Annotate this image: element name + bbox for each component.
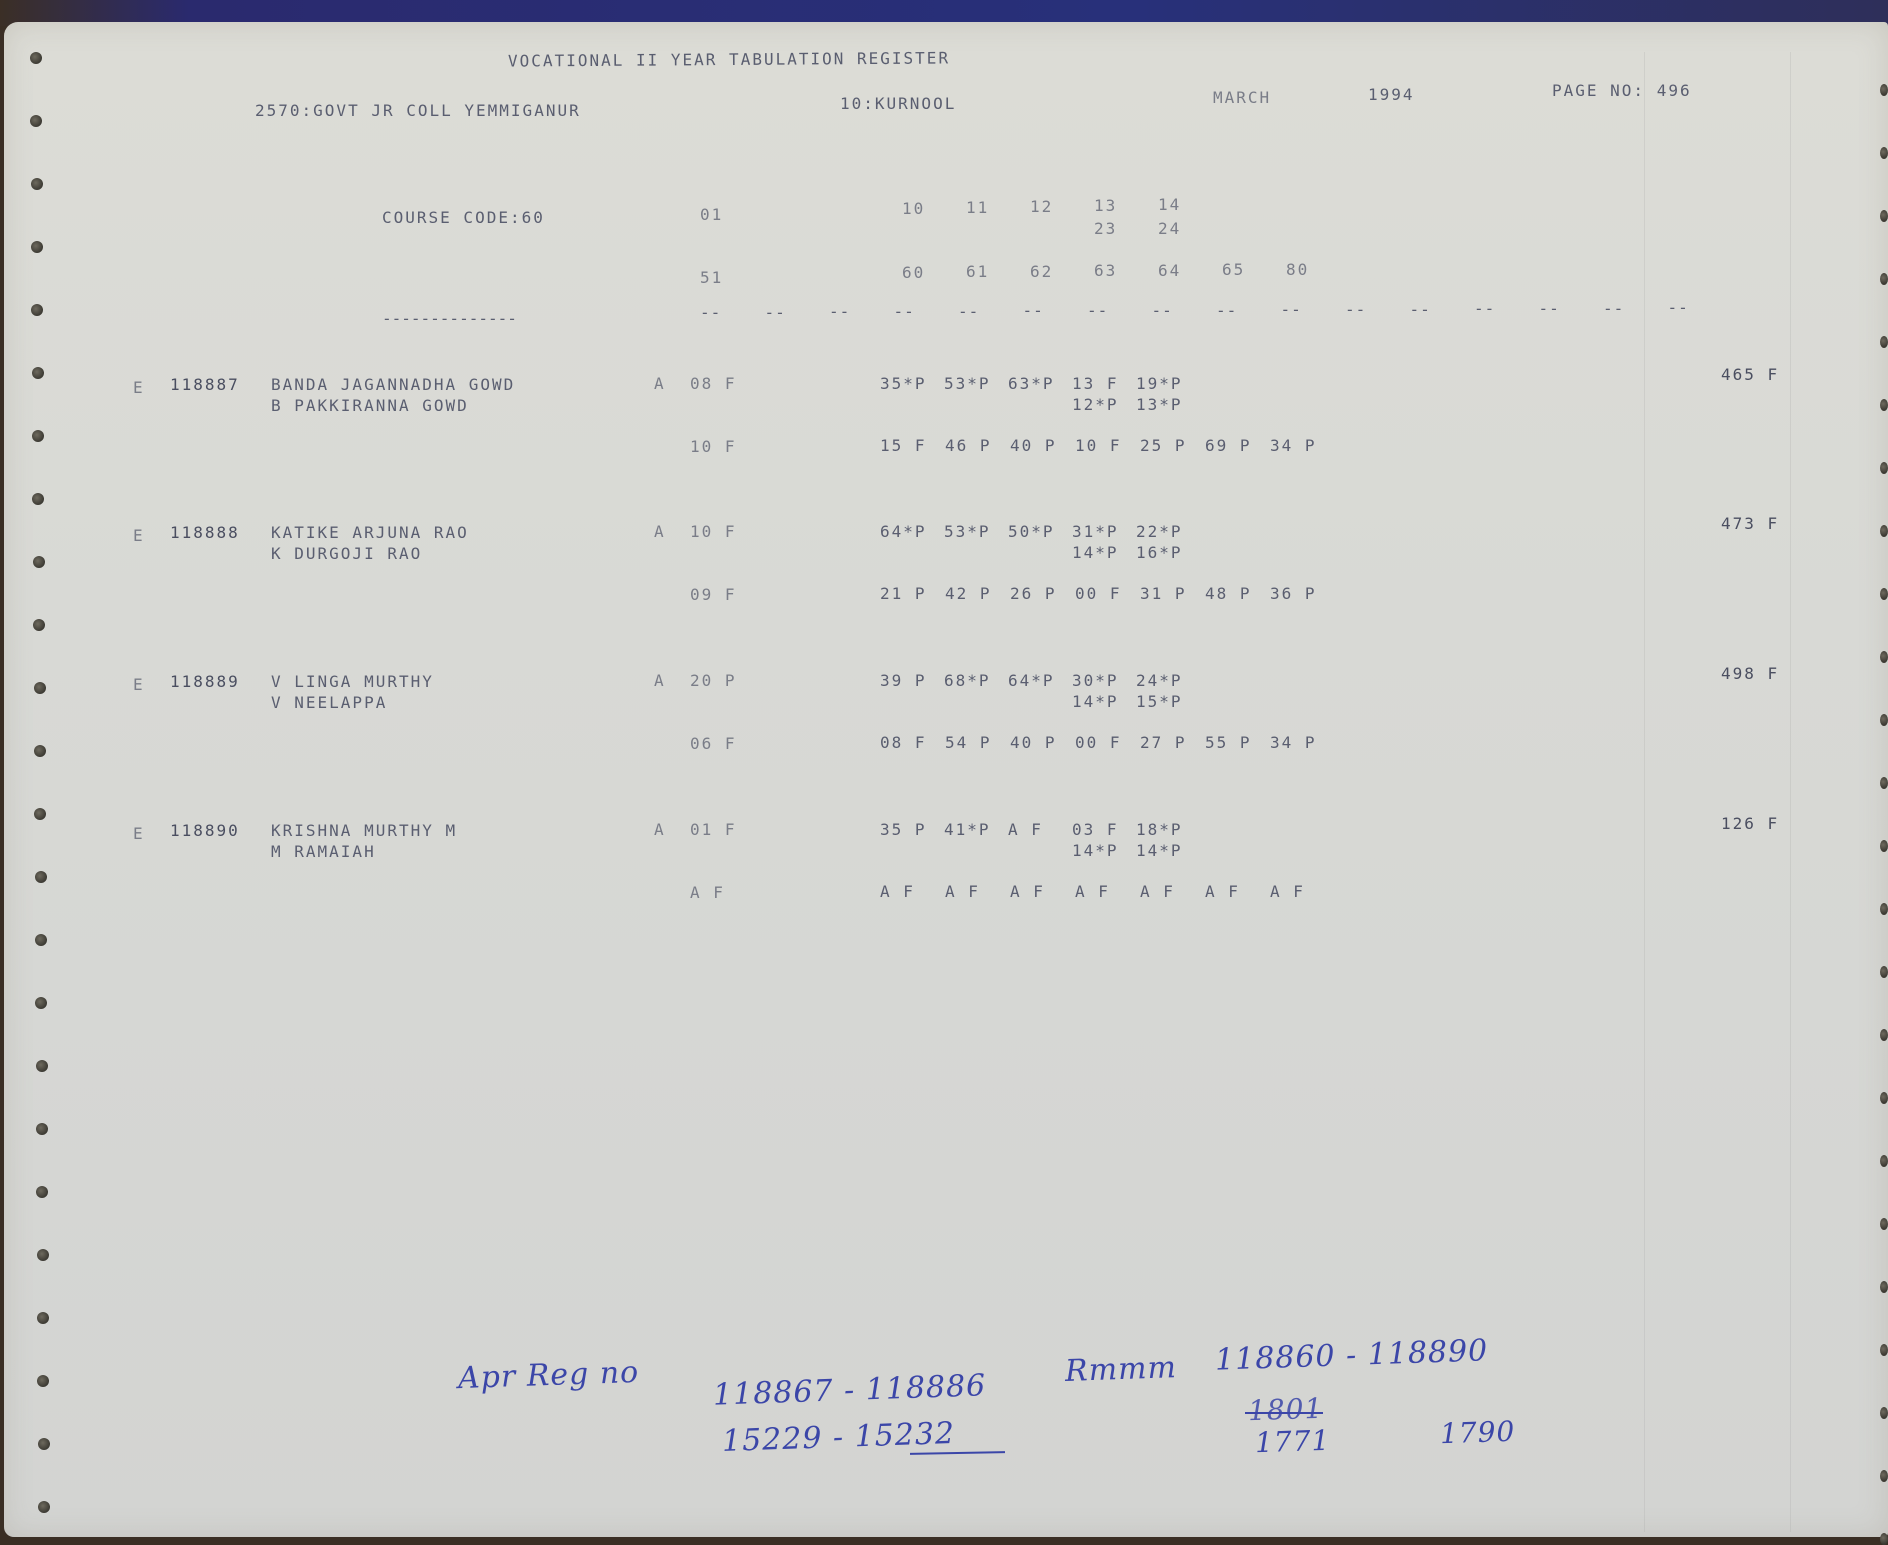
exam-year: 1994 [1368,87,1415,103]
column-separator: -- [1474,299,1495,318]
mark-cell: 64*P [1008,673,1055,689]
binding-hole [34,745,46,757]
binding-hole [1880,273,1888,285]
hall-ticket-number: 118889 [170,674,240,690]
hall-ticket-number: 118888 [170,525,240,541]
binding-hole [1880,903,1888,915]
column-separator: -- [1410,300,1431,319]
total-marks: 473 F [1721,516,1779,532]
header-underline: -------------- [382,311,517,327]
binding-hole [34,682,46,694]
binding-hole [30,52,42,64]
father-name: K DURGOJI RAO [271,546,422,562]
binding-hole [1880,1029,1888,1041]
column-separator: -- [1023,301,1044,320]
mark-cell: A F [1008,822,1043,838]
mark-cell: 30*P [1072,673,1119,689]
binding-hole [1880,525,1888,537]
binding-hole [31,178,43,190]
page-number: PAGE NO: 496 [1552,83,1692,99]
subject-code: 60 [902,265,925,281]
binding-hole [1880,147,1888,159]
subject-code: 10 [902,201,925,217]
binding-hole [1880,1407,1888,1419]
mark-cell: 24*P [1136,673,1183,689]
mark-cell: 27 P [1140,735,1187,751]
subject-code: 62 [1030,264,1053,280]
binding-hole [33,556,45,568]
binding-hole [36,1123,48,1135]
column-separator: -- [700,303,721,322]
mark-cell: 34 P [1270,438,1317,454]
binding-hole [1880,1344,1888,1356]
exam-month: MARCH [1213,90,1271,106]
binding-hole [1880,966,1888,978]
binding-hole [35,871,47,883]
mark-cell: 06 F [690,736,737,752]
binding-hole [1880,399,1888,411]
column-separator: -- [1345,300,1366,319]
subject-code: 80 [1286,262,1309,278]
column-separator: -- [1087,301,1108,320]
mark-cell: 53*P [944,376,991,392]
binding-hole [38,1501,50,1513]
total-marks: 498 F [1721,666,1779,682]
mark-cell: 12*P [1072,397,1119,413]
mark-cell: 39 P [880,673,927,689]
mark-cell: 14*P [1072,843,1119,859]
mark-cell: 13 F [1072,376,1119,392]
mark-cell: 10 F [1075,438,1122,454]
column-separator: -- [829,302,850,321]
binding-hole [1880,840,1888,852]
mark-cell: 08 F [880,735,927,751]
binding-hole [1880,336,1888,348]
binding-hole [37,1375,49,1387]
mark-cell: 26 P [1010,586,1057,602]
father-name: M RAMAIAH [271,844,376,860]
subject-code: 65 [1222,262,1245,278]
medium-code: A [654,822,666,838]
district-name: 10:KURNOOL [840,96,956,112]
mark-cell: 10 F [690,439,737,455]
mark-cell: 55 P [1205,735,1252,751]
column-separator: -- [894,302,915,321]
mark-cell: 53*P [944,524,991,540]
subject-code: 24 [1158,221,1181,237]
hall-ticket-number: 118890 [170,823,240,839]
mark-cell: 00 F [1075,586,1122,602]
binding-hole [37,1312,49,1324]
mark-cell: A F [880,884,915,900]
column-separator: -- [1216,301,1237,320]
binding-hole [34,808,46,820]
binding-hole [1880,1155,1888,1167]
subject-code: 61 [966,264,989,280]
mark-cell: 35 P [880,822,927,838]
margin-rule [1790,52,1791,1532]
column-separator: -- [765,303,786,322]
category-code: E [133,826,145,842]
mark-cell: A F [1205,884,1240,900]
handwritten-label-right: Rmmm [1064,1350,1177,1389]
mark-cell: 03 F [1072,822,1119,838]
mark-cell: 42 P [945,586,992,602]
binding-hole [1880,1533,1888,1545]
mark-cell: 19*P [1136,376,1183,392]
binding-hole [1880,777,1888,789]
binding-hole [1880,210,1888,222]
mark-cell: 10 F [690,524,737,540]
mark-cell: 25 P [1140,438,1187,454]
binding-hole [1880,714,1888,726]
mark-cell: A F [1075,884,1110,900]
mark-cell: 20 P [690,673,737,689]
total-marks: 465 F [1721,367,1779,383]
mark-cell: 14*P [1072,545,1119,561]
mark-cell: 01 F [690,822,737,838]
mark-cell: 13*P [1136,397,1183,413]
binding-hole [1880,588,1888,600]
binding-hole [32,430,44,442]
handwritten-strikethrough [1245,1412,1323,1414]
binding-hole [37,1249,49,1261]
binding-hole [36,1060,48,1072]
margin-rule [1644,52,1645,1532]
mark-cell: A F [690,885,725,901]
mark-cell: 18*P [1136,822,1183,838]
mark-cell: A F [1140,884,1175,900]
student-name: V LINGA MURTHY [271,674,434,690]
hall-ticket-number: 118887 [170,377,240,393]
category-code: E [133,528,145,544]
column-separator: -- [958,302,979,321]
mark-cell: 68*P [944,673,991,689]
mark-cell: 35*P [880,376,927,392]
binding-hole [36,1186,48,1198]
father-name: V NEELAPPA [271,695,387,711]
handwritten-number-1: 1771 [1254,1424,1330,1460]
total-marks: 126 F [1721,816,1779,832]
mark-cell: 31*P [1072,524,1119,540]
mark-cell: 48 P [1205,586,1252,602]
subject-code: 63 [1094,263,1117,279]
column-separator: -- [1603,299,1624,318]
binding-hole [1880,1281,1888,1293]
mark-cell: 00 F [1075,735,1122,751]
column-separator: -- [1281,300,1302,319]
mark-cell: 21 P [880,586,927,602]
binding-hole [30,115,42,127]
handwritten-label-left: Apr Reg no [457,1355,639,1396]
column-separator: -- [1152,301,1173,320]
course-code: COURSE CODE:60 [382,210,545,226]
mark-cell: 54 P [945,735,992,751]
handwritten-number-2: 1790 [1439,1415,1515,1451]
mark-cell: 15*P [1136,694,1183,710]
binding-hole [1880,462,1888,474]
subject-code: 13 [1094,198,1117,214]
subject-code: 64 [1158,263,1181,279]
subject-code: 14 [1158,197,1181,213]
mark-cell: 63*P [1008,376,1055,392]
mark-cell: 16*P [1136,545,1183,561]
mark-cell: 64*P [880,524,927,540]
mark-cell: 31 P [1140,586,1187,602]
binding-hole [31,241,43,253]
subject-code: 11 [966,200,989,216]
category-code: E [133,677,145,693]
mark-cell: A F [1010,884,1045,900]
student-name: KATIKE ARJUNA RAO [271,525,469,541]
binding-hole [38,1438,50,1450]
binding-hole [1880,651,1888,663]
mark-cell: 41*P [944,822,991,838]
binding-hole [1880,1092,1888,1104]
mark-cell: 15 F [880,438,927,454]
student-name: KRISHNA MURTHY M [271,823,457,839]
college-name: 2570:GOVT JR COLL YEMMIGANUR [255,103,581,119]
mark-cell: 36 P [1270,586,1317,602]
category-code: E [133,380,145,396]
mark-cell: 40 P [1010,735,1057,751]
mark-cell: A F [1270,884,1305,900]
binding-hole [32,493,44,505]
mark-cell: 34 P [1270,735,1317,751]
binding-hole [1880,1218,1888,1230]
binding-hole [33,619,45,631]
handwritten-struck-number: 1801 [1247,1392,1323,1428]
subject-code: 23 [1094,221,1117,237]
column-code: 51 [700,270,723,286]
mark-cell: 14*P [1072,694,1119,710]
mark-cell: 22*P [1136,524,1183,540]
mark-cell: A F [945,884,980,900]
binding-hole [32,367,44,379]
binding-hole [35,997,47,1009]
medium-code: A [654,524,666,540]
column-code: 01 [700,207,723,223]
column-separator: -- [1539,299,1560,318]
binding-hole [35,934,47,946]
mark-cell: 08 F [690,376,737,392]
mark-cell: 69 P [1205,438,1252,454]
medium-code: A [654,673,666,689]
mark-cell: 46 P [945,438,992,454]
register-title: VOCATIONAL II YEAR TABULATION REGISTER [508,50,950,69]
mark-cell: 14*P [1136,843,1183,859]
mark-cell: 50*P [1008,524,1055,540]
binding-hole [1880,84,1888,96]
binding-hole [1880,1470,1888,1482]
column-separator: -- [1668,298,1689,317]
mark-cell: 09 F [690,587,737,603]
student-name: BANDA JAGANNADHA GOWD [271,377,515,393]
medium-code: A [654,376,666,392]
mark-cell: 40 P [1010,438,1057,454]
tabulation-register-page [4,22,1888,1537]
father-name: B PAKKIRANNA GOWD [271,398,469,414]
binding-hole [31,304,43,316]
subject-code: 12 [1030,199,1053,215]
